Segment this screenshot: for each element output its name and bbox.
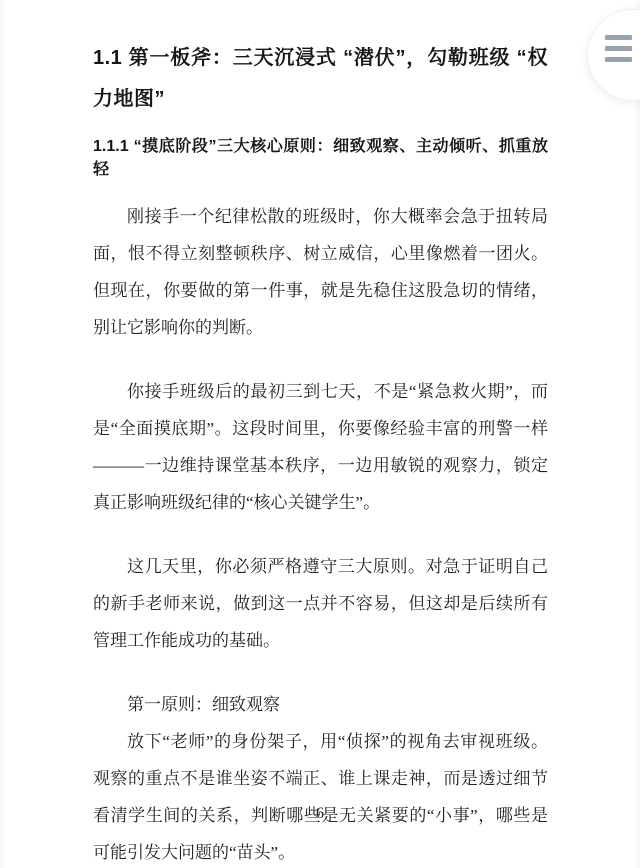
- hamburger-icon: [605, 35, 632, 77]
- section-heading: 1.1 第一板斧：三天沉浸式 “潜伏”，勾勒班级 “权力地图”: [93, 0, 548, 120]
- paragraph-three-principles: 这几天里，你必须严格遵守三大原则。对急于证明自己的新手老师来说，做到这一点并不容…: [93, 548, 548, 659]
- document-content: 1.1 第一板斧：三天沉浸式 “潜伏”，勾勒班级 “权力地图” 1.1.1 “摸…: [0, 0, 640, 868]
- paragraph-probing-period: 你接手班级后的最初三到七天，不是“紧急救火期”，而是“全面摸底期”。这段时间里，…: [93, 373, 548, 521]
- principle-one-heading: 第一原则：细致观察: [93, 686, 548, 723]
- paragraph-intro: 刚接手一个纪律松散的班级时，你大概率会急于扭转局面，恨不得立刻整顿秩序、树立威信…: [93, 198, 548, 346]
- paragraph-observation: 放下“老师”的身份架子，用“侦探”的视角去审视班级。观察的重点不是谁坐姿不端正、…: [93, 723, 548, 868]
- page-number: 6: [0, 805, 640, 823]
- document-page: 1.1 第一板斧：三天沉浸式 “潜伏”，勾勒班级 “权力地图” 1.1.1 “摸…: [0, 0, 640, 868]
- subsection-heading: 1.1.1 “摸底阶段”三大核心原则：细致观察、主动倾听、抓重放轻: [93, 135, 548, 181]
